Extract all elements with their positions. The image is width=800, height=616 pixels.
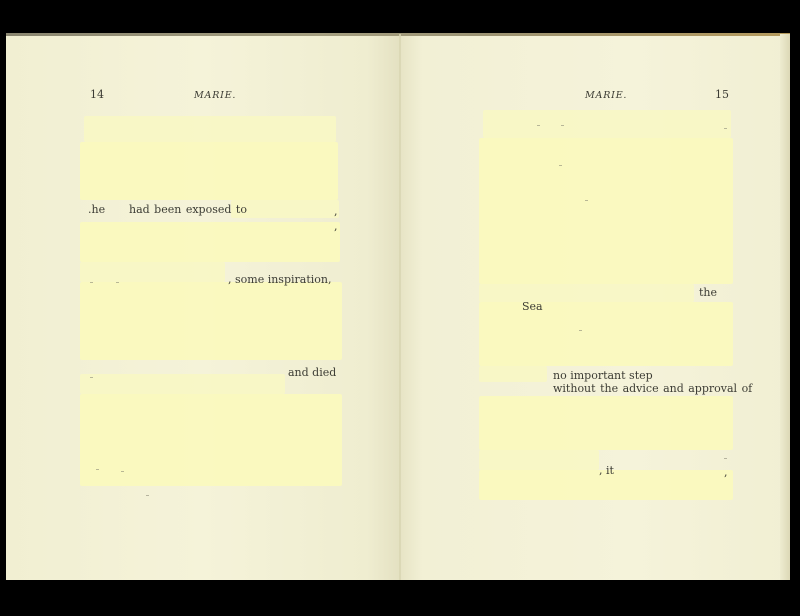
- text-fragment: and died: [288, 366, 336, 379]
- text-fragment: .he: [88, 203, 105, 216]
- ink-speck: [96, 469, 99, 470]
- text-fragment: had been exposed to: [129, 203, 247, 216]
- ink-speck: [724, 128, 727, 129]
- ink-speck: [121, 471, 124, 472]
- text-fragment: ,: [724, 466, 728, 479]
- ink-speck: [585, 200, 588, 201]
- document-viewer: 14 MARIE. .he had been exposed to , , , …: [0, 0, 800, 616]
- left-page: 14 MARIE. .he had been exposed to , , , …: [6, 34, 399, 580]
- text-fragment: , some inspiration,: [228, 273, 331, 286]
- text-fragment: Sea: [522, 300, 543, 313]
- redacted-block: [479, 396, 733, 450]
- book-gutter: [399, 34, 401, 580]
- redacted-block: [80, 282, 342, 360]
- redacted-block: [84, 116, 336, 142]
- ink-speck: [579, 330, 582, 331]
- text-fragment: ,: [334, 220, 338, 233]
- redacted-block: [479, 450, 599, 470]
- page-number-left: 14: [90, 88, 104, 101]
- ink-speck: [724, 458, 727, 459]
- redacted-block: [80, 142, 338, 200]
- redacted-block: [479, 366, 547, 382]
- redacted-block: [479, 138, 733, 284]
- ink-speck: [559, 165, 562, 166]
- ink-speck: [116, 282, 119, 283]
- ink-speck: [90, 282, 93, 283]
- text-fragment: no important step: [553, 369, 653, 382]
- book-spread: 14 MARIE. .he had been exposed to , , , …: [6, 34, 790, 580]
- page-top-edge: [6, 33, 790, 36]
- redacted-block: [483, 110, 731, 138]
- text-fragment: , it: [599, 464, 614, 477]
- running-head-right: MARIE.: [585, 89, 627, 102]
- redacted-block: [479, 284, 694, 302]
- redacted-block: [80, 394, 342, 486]
- page-number-right: 15: [715, 88, 729, 101]
- running-head-left: MARIE.: [194, 89, 236, 102]
- ink-speck: [561, 125, 564, 126]
- text-fragment: ,: [334, 205, 338, 218]
- right-page: MARIE. 15 the Sea no important step with…: [399, 34, 790, 580]
- page-edge-shadow: [780, 34, 790, 580]
- redacted-block: [231, 200, 339, 218]
- ink-speck: [537, 125, 540, 126]
- redacted-block: [479, 302, 733, 366]
- redacted-block: [80, 262, 225, 282]
- ink-speck: [146, 495, 149, 496]
- ink-speck: [90, 377, 93, 378]
- redacted-block: [80, 222, 340, 262]
- redacted-block: [80, 374, 285, 394]
- text-fragment: the: [699, 286, 717, 299]
- text-fragment: without the advice and approval of: [553, 382, 752, 395]
